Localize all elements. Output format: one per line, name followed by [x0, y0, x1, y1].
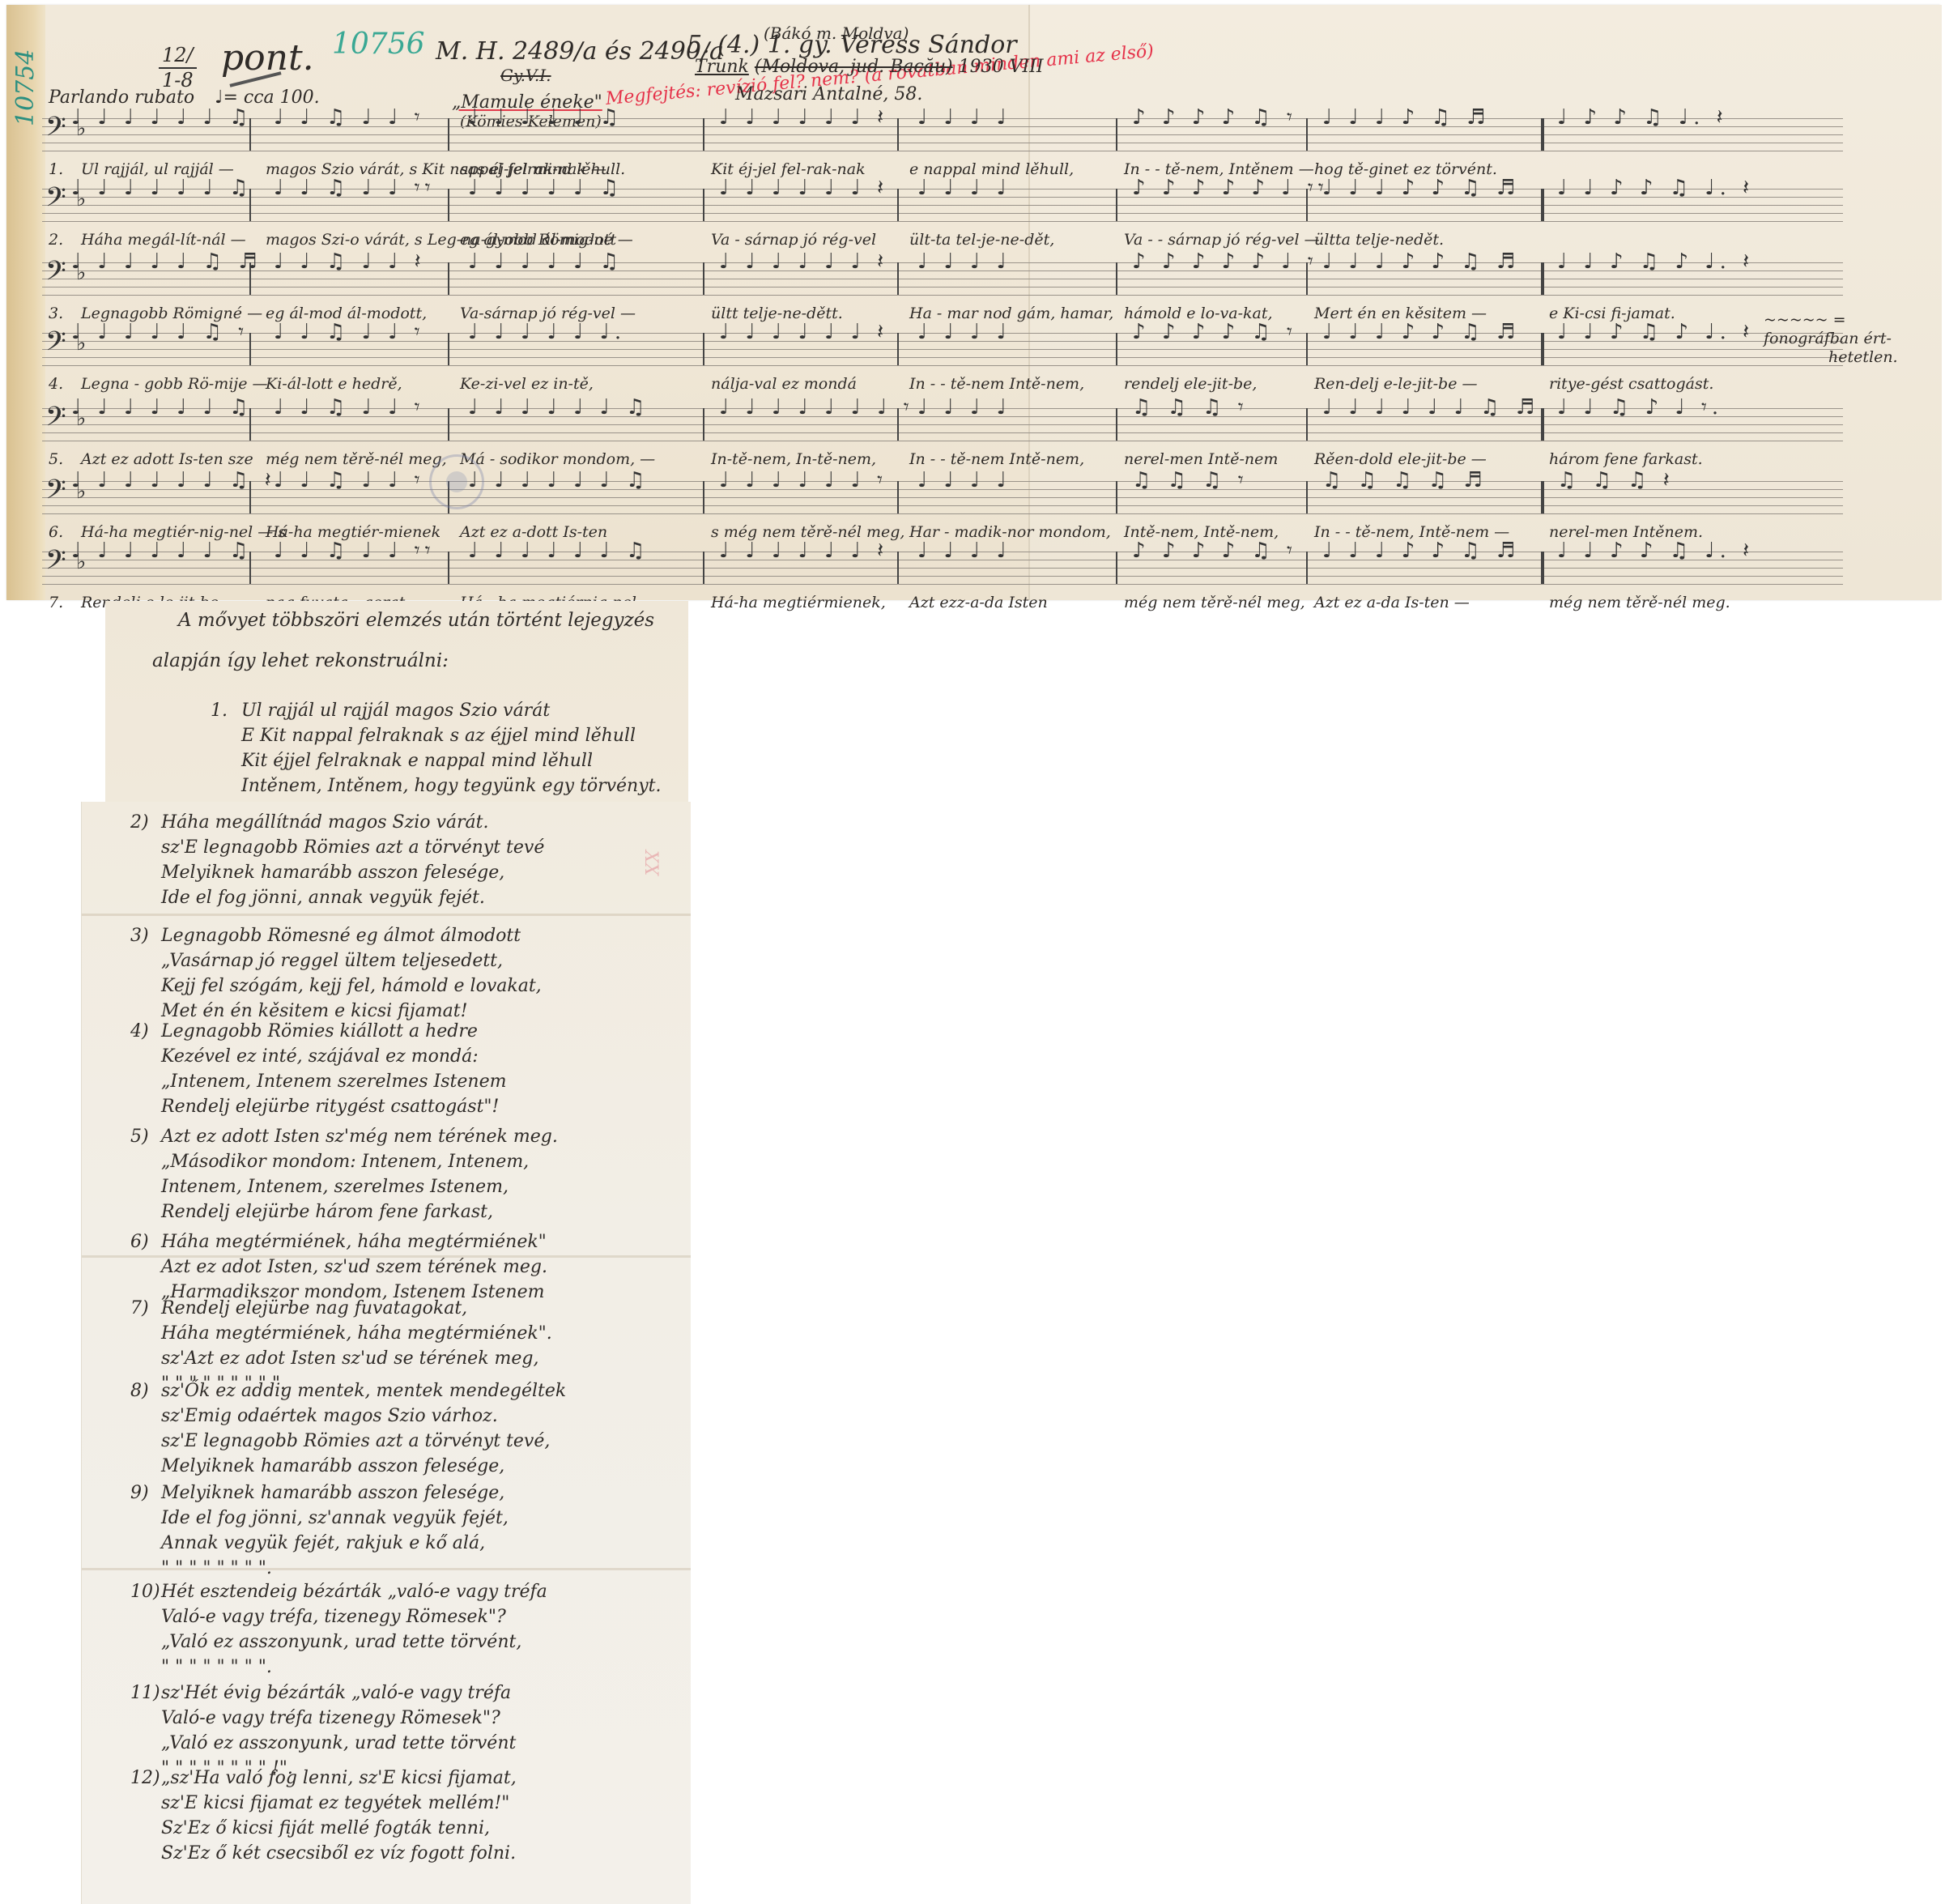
- staff-line: [42, 213, 1843, 214]
- barline: [897, 481, 899, 513]
- note-group: ♩ ♩ ♩ ♪ ♪ ♫ ♬: [1322, 176, 1520, 200]
- staff: 𝄢♭♩ ♩ ♩ ♩ ♩ ♩ ♫♩ ♩ ♫ ♩ ♩ 𝄾𝄾♩ ♩ ♩ ♩ ♩ ♫♩ …: [42, 189, 1843, 221]
- fraction-top: 12/: [159, 44, 197, 69]
- staff-line: [42, 221, 1843, 222]
- bass-clef-icon: 𝄢: [45, 402, 66, 439]
- note-group: ♩ ♩ ♩ ♩ ♩ ♩ 𝄽: [719, 176, 888, 201]
- place-name: Trunk: [695, 57, 749, 77]
- verse-number: 3): [130, 923, 161, 948]
- note-group: ♩ ♩ ♩ ♩ ♩ ♫ 𝄾: [71, 320, 249, 345]
- barline: [703, 333, 704, 365]
- verse-line: Sz'Ez ő két csecsiből ez víz fogott foln…: [130, 1841, 517, 1866]
- faint-red-mark: ХХ: [628, 850, 661, 939]
- note-group: ♪ ♪ ♪ ♪ ♫ 𝄾: [1132, 105, 1297, 130]
- verse-line: 2)Háha megállítnád magos Szio várát.: [130, 810, 544, 835]
- barline: [703, 262, 704, 295]
- lyric-segment: nerel-men Intě-nem: [1124, 450, 1278, 468]
- verse-line-text: Legnagobb Römesné eg álmot álmodott: [161, 926, 521, 946]
- stanza-number: 2.: [49, 231, 63, 249]
- lyric-segment: nálja-val ez mondá: [711, 375, 857, 393]
- staff-line: [42, 497, 1843, 498]
- note-group: ♩ ♩ ♩ ♩ ♩ ♩ ♫: [71, 176, 253, 200]
- verse-line: sz'Azt ez adot Isten sz'ud se térének me…: [130, 1346, 552, 1371]
- note-group: ♩ ♩ ♫ ♩ ♩ 𝄾: [274, 320, 425, 345]
- barline: [448, 262, 449, 295]
- verse-line: Háha megtérmiének, háha megtérmiének".: [130, 1321, 552, 1346]
- note-group: ♩ ♪ ♪ ♫ ♩. 𝄽: [1557, 105, 1728, 130]
- verse-number: 7): [130, 1296, 161, 1321]
- staff: 𝄢♭♩ ♩ ♩ ♩ ♩ ♩ ♫ 𝄽♩ ♩ ♫ ♩ ♩ 𝄾♩ ♩ ♩ ♩ ♩ ♩ …: [42, 481, 1843, 513]
- lyric-segment: három fene farkast.: [1549, 450, 1703, 468]
- note-group: ♩ ♩ ♫ ♪ ♩ 𝄾.: [1557, 395, 1723, 420]
- lyric-segment: Va - sárnap jó rég-vel: [711, 231, 876, 249]
- bass-clef-icon: 𝄢: [45, 545, 66, 582]
- staff: 𝄢♭♩ ♩ ♩ ♩ ♩ ♩ ♫♩ ♩ ♫ ♩ ♩ 𝄾♩ ♩ ♩ ♩ ♩ ♫♩ ♩…: [42, 118, 1843, 151]
- final-barline: [1541, 333, 1544, 365]
- note-group: ♩ ♩ ♩ ♪ ♫ ♬: [1322, 105, 1490, 130]
- barline: [1116, 333, 1117, 365]
- note-group: ♩ ♩ ♩ ♪ ♪ ♫ ♬: [1322, 249, 1520, 274]
- barline: [1306, 408, 1308, 441]
- staff-line: [42, 143, 1843, 143]
- note-group: ♩ ♩ ♩ ♩ ♩ ♫ ♬: [71, 249, 262, 274]
- lyric-segment: rendelj ele-jit-be,: [1124, 375, 1257, 393]
- bass-clef-icon: 𝄢: [45, 326, 66, 364]
- note-group: ♫ ♫ ♫ 𝄽: [1557, 468, 1675, 493]
- barline: [1116, 481, 1117, 513]
- verse-line: „Másodikor mondom: Intenem, Intenem,: [130, 1149, 558, 1174]
- barline: [1116, 408, 1117, 441]
- note-group: ♪ ♪ ♪ ♪ ♪ ♩ 𝄾: [1132, 249, 1318, 275]
- verse-line: Intenem, Intenem, szerelmes Istenem,: [130, 1174, 558, 1199]
- lyric-segment: In - - tě-nem Intě-nem,: [909, 375, 1084, 393]
- verse-number: 5): [130, 1124, 161, 1149]
- staff-line: [42, 424, 1843, 425]
- barline: [703, 552, 704, 584]
- note-group: ♩ ♩ ♪ ♫ ♪ ♩. 𝄽: [1557, 320, 1754, 345]
- verse-line-text: sz'Hét évig bézárták „való-e vagy tréfa: [161, 1683, 511, 1703]
- note-group: ♪ ♪ ♪ ♪ ♫ 𝄾: [1132, 320, 1297, 345]
- barline: [703, 118, 704, 151]
- note-group: ♩ ♩ ♩ ♩ ♩ ♩ 𝄽: [719, 320, 888, 345]
- side-note: ~~~~~ = fonográfban ért- hetetlen.: [1764, 311, 1940, 366]
- intro-line-1: A mővyet többszöri elemzés után történt …: [178, 610, 654, 631]
- staff-line: [42, 365, 1843, 366]
- staff-line: [42, 441, 1843, 441]
- lyric-segment: In-tě-nem, In-tě-nem,: [711, 450, 876, 468]
- crossed-out-mark: Gy.V.I.: [500, 66, 551, 85]
- note-group: ♩ ♩ ♩ ♩ ♩ ♩.: [468, 320, 626, 344]
- place-line: Trunk (Moldova, jud. Bacău) 1930 VIII: [695, 57, 1044, 77]
- staff-line: [42, 576, 1843, 577]
- final-barline: [1541, 552, 1544, 584]
- staff-line: [42, 568, 1843, 569]
- verse-line: „Való ez asszonyunk, urad tette törvént,: [130, 1629, 547, 1655]
- stanza-number: 3.: [49, 305, 63, 322]
- note-group: ♩ ♩ ♩ ♩: [917, 249, 1011, 274]
- stanza-number: 7.: [49, 594, 63, 611]
- verse-line: „Való ez asszonyunk, urad tette törvént: [130, 1731, 516, 1756]
- staff-line: [42, 151, 1843, 151]
- side-note-line2: hetetlen.: [1828, 348, 1940, 367]
- verse-12: 12)„sz'Ha való fog lenni, sz'E kicsi fij…: [130, 1766, 517, 1866]
- verse-line: sz'E legnagobb Römies azt a törvényt tev…: [130, 1429, 566, 1454]
- verse-line: Kejj fel szógám, kejj fel, hámold e lova…: [130, 973, 542, 999]
- lyric-segment: Ke-zi-vel ez in-tě,: [460, 375, 594, 393]
- barline: [1306, 481, 1308, 513]
- lyric-segment: In - - tě-nem Intě-nem,: [909, 450, 1084, 468]
- staff-line: [42, 287, 1843, 288]
- verse-number: 1.: [211, 698, 241, 723]
- reconstruction-intro-sheet: A mővyet többszöri elemzés után történt …: [105, 601, 688, 805]
- lyric-segment: ült-ta tel-je-ne-dět,: [909, 231, 1054, 249]
- barline: [1306, 333, 1308, 365]
- note-group: ♩ ♩ ♫ ♩ ♩ 𝄾: [274, 105, 425, 130]
- note-group: ♩ ♩ ♩ ♩ ♩ ♫: [468, 176, 624, 200]
- verse-line-text: Azt ez adott Isten sz'még nem térének me…: [161, 1127, 558, 1147]
- staff-line: [42, 505, 1843, 506]
- stanza-number: 1.: [49, 160, 63, 178]
- lyric-segment: Ren-delj e-le-jit-be —: [1314, 375, 1478, 393]
- note-group: ♩ ♩ ♩ ♪ ♪ ♫ ♬: [1322, 320, 1520, 344]
- verse-line-text: „sz'Ha való fog lenni, sz'E kicsi fijama…: [161, 1768, 517, 1788]
- intro-line-2: alapján így lehet rekonstruálni:: [152, 648, 654, 674]
- barline: [448, 408, 449, 441]
- verse-number: 11): [130, 1680, 161, 1706]
- staff-line: [42, 295, 1843, 296]
- lyric-segment: Há-ha megtiérmienek,: [711, 594, 886, 611]
- archive-stamp: [429, 454, 484, 509]
- note-group: ♩ ♩ ♪ ♫ ♪ ♩. 𝄽: [1557, 249, 1754, 275]
- informant: Mazsari Antalné, 58.: [735, 84, 922, 104]
- note-group: ♫ ♫ ♫ 𝄾: [1132, 395, 1249, 420]
- verse-10: 10)Hét esztendeig bézárták „való-e vagy …: [130, 1579, 547, 1680]
- verse-line: sz'E legnagobb Römies azt a törvényt tev…: [130, 835, 544, 860]
- note-group: ♩ ♩ ♫ ♩ ♩ 𝄾: [274, 395, 425, 420]
- verse-number: 10): [130, 1579, 161, 1604]
- year: 1930 VIII: [959, 57, 1044, 77]
- staff: 𝄢♭♩ ♩ ♩ ♩ ♩ ♩ ♫♩ ♩ ♫ ♩ ♩ 𝄾♩ ♩ ♩ ♩ ♩ ♩ ♫♩…: [42, 408, 1843, 441]
- note-group: ♩ ♩ ♩ ♩ ♩ ♩ ♫ 𝄽: [71, 468, 276, 493]
- score-sheet: 10754 12/ 1-8 pont. 10756 M. H. 2489/a é…: [6, 5, 1940, 600]
- barline: [1116, 552, 1117, 584]
- lyric-segment: eg ál-mod ál-modott: [460, 231, 616, 249]
- verse-line: Sz'Ez ő kicsi fiját mellé fogták tenni,: [130, 1816, 517, 1841]
- stanza-number: 6.: [49, 523, 63, 541]
- note-group: ♩ ♩ ♩ ♩ ♩ ♩ 𝄽: [719, 539, 888, 564]
- verse-4: 4)Legnagobb Römies kiállott a hedreKezév…: [130, 1019, 506, 1119]
- verse-line: Ul rajjál ul rajjál magos Szio várát: [241, 701, 550, 721]
- final-barline: [1541, 481, 1544, 513]
- note-group: ♩ ♩ ♩ ♩: [917, 468, 1011, 492]
- reconstruction-verses-sheet: ХХ 2)Háha megállítnád magos Szio várát.s…: [81, 802, 691, 1904]
- stanza-number: 5.: [49, 450, 63, 468]
- note-group: ♩ ♩ ♩ ♩ ♩ ♩ ♫: [468, 395, 649, 420]
- barline: [249, 333, 251, 365]
- verse-line-text: Hét esztendeig bézárták „való-e vagy tré…: [161, 1582, 547, 1602]
- barline: [448, 333, 449, 365]
- verse-5: 5)Azt ez adott Isten sz'még nem térének …: [130, 1124, 558, 1225]
- note-group: ♩ ♩ ♫ ♩ ♩ 𝄾: [274, 468, 425, 493]
- verse-line: 9)Melyiknek hamarább asszon felesége,: [130, 1480, 509, 1506]
- verse-line: Rendelj elejürbe három fene farkast,: [130, 1199, 558, 1225]
- staff-line: [42, 205, 1843, 206]
- verse-line: 7)Rendelj elejürbe nag fuvatagokat,: [130, 1296, 552, 1321]
- verse-line: Ide el fog jönni, annak vegyük fejét.: [130, 885, 544, 910]
- note-group: ♩ ♩ ♫ ♩ ♩ 𝄽: [274, 249, 426, 275]
- verse-line-text: Háha megtérmiének, háha megtérmiének": [161, 1232, 547, 1252]
- verse-number: 4): [130, 1019, 161, 1044]
- note-group: ♩ ♩ ♩ ♩ ♩ ♩ ♫: [71, 539, 253, 563]
- verse-9: 9)Melyiknek hamarább asszon felesége,Ide…: [130, 1480, 509, 1581]
- note-group: ♩ ♩ ♪ ♪ ♫ ♩. 𝄽: [1557, 176, 1754, 201]
- verse-line-text: Legnagobb Römies kiállott a hedre: [161, 1021, 478, 1041]
- fraction-mark: 12/ 1-8: [159, 44, 197, 92]
- note-group: ♩ ♩ ♫ ♩ ♩ 𝄾𝄾: [274, 176, 436, 201]
- paper-fold: [82, 914, 691, 916]
- note-group: ♩ ♩ ♩ ♩: [917, 539, 1011, 563]
- barline: [897, 552, 899, 584]
- barline: [448, 552, 449, 584]
- verse-line: Való-e vagy tréfa, tizenegy Römesek"?: [130, 1604, 547, 1629]
- staff-line: [42, 357, 1843, 358]
- verse-line: „Vasárnap jó reggel ültem teljesedett,: [130, 948, 542, 973]
- note-group: ♩ ♩ ♩ ♩ ♩ ♩ ♫: [468, 539, 649, 563]
- staff-line: [42, 432, 1843, 433]
- lyric-segment: még nem těrě-nél meg,: [266, 450, 447, 468]
- staff: 𝄢♭♩ ♩ ♩ ♩ ♩ ♫ ♬♩ ♩ ♫ ♩ ♩ 𝄽♩ ♩ ♩ ♩ ♩ ♫♩ ♩…: [42, 262, 1843, 295]
- verse-line: Melyiknek hamarább asszon felesége,: [130, 860, 544, 885]
- note-group: ♩ ♩ ♩ ♩ ♩ ♫: [468, 105, 624, 130]
- verse-number: 2): [130, 810, 161, 835]
- note-group: ♫ ♫ ♫ 𝄾: [1132, 468, 1249, 493]
- side-note-line1: ~~~~~ = fonográfban ért-: [1764, 311, 1940, 348]
- lyric-segment: Rěen-dold ele-jit-be —: [1314, 450, 1487, 468]
- note-group: ♩ ♩ ♩ ♩: [917, 176, 1011, 200]
- barline: [1116, 118, 1117, 151]
- note-group: ♩ ♩ ♩ ♩ ♩ ♫: [468, 249, 624, 274]
- place-crossed: (Moldova, jud. Bacău): [755, 57, 953, 77]
- verse-line-text: sz'Ők ez addig mentek, mentek mendegélte…: [161, 1381, 566, 1401]
- final-barline: [1541, 408, 1544, 441]
- note-group: ♩ ♩ ♩ ♩: [917, 105, 1011, 130]
- verse-line: E Kit nappal felraknak s az éjjel mind l…: [211, 723, 661, 748]
- note-group: ♩ ♩ ♩ ♩: [917, 395, 1011, 420]
- verse-line: 11)sz'Hét évig bézárták „való-e vagy tré…: [130, 1680, 516, 1706]
- note-group: ♩ ♩ ♩ ♩ ♩ ♩ ♫ ♬: [1322, 395, 1539, 420]
- lyric-segment: Azt ez a-da Is-ten —: [1314, 594, 1470, 611]
- verse-line-text: Háha megállítnád magos Szio várát.: [161, 812, 489, 833]
- staff-line: [42, 513, 1843, 514]
- verse-3: 3)Legnagobb Römesné eg álmot álmodott„Va…: [130, 923, 542, 1024]
- lyric-segment: ritye-gést csattogást.: [1549, 375, 1713, 393]
- verse-line: 8)sz'Ők ez addig mentek, mentek mendegél…: [130, 1378, 566, 1404]
- lyric-segment: Ki-ál-lott e hedrě,: [266, 375, 402, 393]
- bass-clef-icon: 𝄢: [45, 182, 66, 219]
- staff-line: [42, 584, 1843, 585]
- verse-number: 6): [130, 1229, 161, 1254]
- barline: [897, 189, 899, 221]
- verse-8: 8)sz'Ők ez addig mentek, mentek mendegél…: [130, 1378, 566, 1479]
- verse-line: 12)„sz'Ha való fog lenni, sz'E kicsi fij…: [130, 1766, 517, 1791]
- note-group: ♩ ♩ ♩ ♩ ♩ ♩ ♩ 𝄾: [719, 395, 914, 420]
- lyric-segment: Azt ez adott Is-ten sze: [81, 450, 253, 468]
- verse-line: sz'Emig odaértek magos Szio várhoz.: [130, 1404, 566, 1429]
- verse-line: Annak vegyük fejét, rakjuk e kő alá,: [130, 1531, 509, 1556]
- verse-number: 9): [130, 1480, 161, 1506]
- barline: [1116, 189, 1117, 221]
- verse-line: " " " " " " " ".: [130, 1655, 547, 1680]
- staff-line: [42, 349, 1843, 350]
- verse-line: 4)Legnagobb Römies kiállott a hedre: [130, 1019, 506, 1044]
- barline: [703, 189, 704, 221]
- barline: [448, 189, 449, 221]
- verse-line-text: Rendelj elejürbe nag fuvatagokat,: [161, 1298, 467, 1318]
- barline: [1116, 262, 1117, 295]
- barline: [1306, 118, 1308, 151]
- barline: [897, 118, 899, 151]
- verse-line: Azt ez adot Isten, sz'ud szem térének me…: [130, 1254, 547, 1280]
- note-group: ♩ ♩ ♩ ♪ ♪ ♫ ♬: [1322, 539, 1520, 563]
- staff: 𝄢♭♩ ♩ ♩ ♩ ♩ ♩ ♫♩ ♩ ♫ ♩ ♩ 𝄾𝄾♩ ♩ ♩ ♩ ♩ ♩ ♫…: [42, 552, 1843, 584]
- verse-line: Rendelj elejürbe ritygést csattogást"!: [130, 1094, 506, 1119]
- verse-line: Ide el fog jönni, sz'annak vegyük fejét,: [130, 1506, 509, 1531]
- verse-2: 2)Háha megállítnád magos Szio várát.sz'E…: [130, 810, 544, 910]
- intro-text: A mővyet többszöri elemzés után történt …: [178, 607, 654, 674]
- verse-1: 1.Ul rajjál ul rajjál magos Szio várát E…: [211, 698, 661, 799]
- barline: [703, 408, 704, 441]
- barline: [1306, 552, 1308, 584]
- staff: 𝄢♭♩ ♩ ♩ ♩ ♩ ♫ 𝄾♩ ♩ ♫ ♩ ♩ 𝄾♩ ♩ ♩ ♩ ♩ ♩.♩ …: [42, 333, 1843, 365]
- verse-line: Kezével ez inté, szájával ez mondá:: [130, 1044, 506, 1069]
- note-group: ♩ ♩ ♩ ♩ ♩ ♩ ♫: [468, 468, 649, 492]
- type-mark: pont.: [221, 37, 314, 79]
- note-group: ♩ ♩ ♪ ♪ ♫ ♩. 𝄽: [1557, 539, 1754, 564]
- verse-line: Kit éjjel felraknak e nappal mind lěhull: [211, 748, 661, 773]
- final-barline: [1541, 262, 1544, 295]
- note-group: ♩ ♩ ♩ ♩ ♩ ♩ ♫: [71, 105, 253, 130]
- note-group: ♫ ♫ ♫ ♫ ♬: [1322, 468, 1487, 492]
- bass-clef-icon: 𝄢: [45, 256, 66, 293]
- verse-line: 5)Azt ez adott Isten sz'még nem térének …: [130, 1124, 558, 1149]
- verse-number: 8): [130, 1378, 161, 1404]
- final-barline: [1541, 118, 1544, 151]
- note-group: ♩ ♩ ♩ ♩ ♩ ♩ 𝄽: [719, 105, 888, 130]
- lyric-segment: Má - sodikor mondom, —: [460, 450, 655, 468]
- lyric-segment: ültta telje-nedět.: [1314, 231, 1444, 249]
- note-group: ♩ ♩ ♩ ♩ ♩ ♩ ♫: [71, 395, 253, 420]
- lyric-segment: Va - - sárnap jó rég-vel —: [1124, 231, 1320, 249]
- verse-line: „Intenem, Intenem szerelmes Istenem: [130, 1069, 506, 1094]
- verse-number: 12): [130, 1766, 161, 1791]
- final-barline: [1541, 189, 1544, 221]
- barline: [897, 262, 899, 295]
- barline: [897, 333, 899, 365]
- barline: [448, 118, 449, 151]
- verse-line: Melyiknek hamarább asszon felesége,: [130, 1454, 566, 1479]
- verse-line: 3)Legnagobb Römesné eg álmot álmodott: [130, 923, 542, 948]
- note-group: ♩ ♩ ♫ ♩ ♩ 𝄾𝄾: [274, 539, 436, 564]
- verse-line: 6)Háha megtérmiének, háha megtérmiének": [130, 1229, 547, 1254]
- note-group: ♪ ♪ ♪ ♪ ♪ ♩ 𝄾𝄾: [1132, 176, 1329, 201]
- note-group: ♪ ♪ ♪ ♪ ♫ 𝄾: [1132, 539, 1297, 564]
- lyric-segment: Azt ezz-a-da Isten: [909, 594, 1048, 611]
- verse-line: Való-e vagy tréfa tizenegy Römesek"?: [130, 1706, 516, 1731]
- lyric-segment: még nem těrě-nél meg.: [1549, 594, 1730, 611]
- inventory-number: 10756: [332, 28, 425, 61]
- bass-clef-icon: 𝄢: [45, 475, 66, 512]
- note-group: ♩ ♩ ♩ ♩ ♩ ♩ 𝄾: [719, 468, 887, 493]
- barline: [703, 481, 704, 513]
- staff-line: [42, 279, 1843, 279]
- lyric-segment: Háha megál-lít-nál —: [81, 231, 246, 249]
- verse-line: 10)Hét esztendeig bézárták „való-e vagy …: [130, 1579, 547, 1604]
- verse-line: sz'E kicsi fijamat ez tegyétek mellém!": [130, 1791, 517, 1816]
- note-group: ♩ ♩ ♩ ♩: [917, 320, 1011, 344]
- collector-sub: (Bákó m. Moldva): [764, 23, 909, 44]
- verse-line: " " " " " " " ".: [130, 1556, 509, 1581]
- bass-clef-icon: 𝄢: [45, 112, 66, 149]
- stanza-number: 4.: [49, 375, 63, 393]
- archive-number-vertical: 10754: [11, 29, 44, 126]
- verse-6: 6)Háha megtérmiének, háha megtérmiének"A…: [130, 1229, 547, 1305]
- verse-line-text: Melyiknek hamarább asszon felesége,: [161, 1483, 504, 1503]
- lyric-segment: még nem těrě-nél meg,: [1124, 594, 1305, 611]
- verse-line: Intěnem, Intěnem, hogy tegyünk egy törvé…: [211, 773, 661, 799]
- staff-line: [42, 134, 1843, 135]
- lyric-segment: Legna - gobb Rö-mije —: [81, 375, 268, 393]
- note-group: ♩ ♩ ♩ ♩ ♩ ♩ 𝄽: [719, 249, 888, 275]
- signature: M. H. 2489/a és 2490/a: [436, 37, 724, 66]
